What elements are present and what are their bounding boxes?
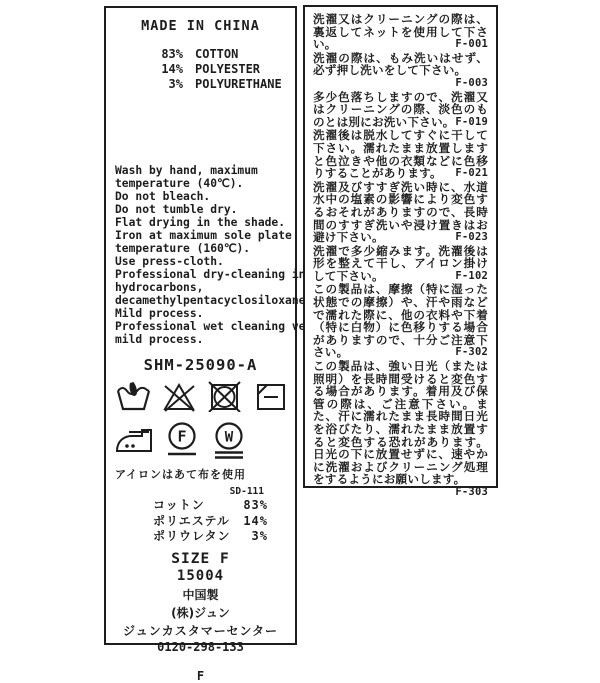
flat-dry-in-shade-icon (253, 381, 290, 412)
care-line: Professional dry-cleaning in: (115, 268, 286, 281)
composition-english: 83% COTTON 14% POLYESTER 3% POLYURETHANE (115, 47, 286, 92)
care-line: Professional wet cleaning very (115, 320, 286, 333)
iron-two-dots-icon (115, 423, 157, 461)
do-not-tumble-dry-icon (207, 381, 244, 412)
composition-percent-jp: 83% (243, 498, 268, 514)
do-not-bleach-icon (161, 381, 198, 412)
hand-wash-icon (115, 381, 152, 412)
notice-text: この製品は、強い日光（または照明）を長時間受けると変色する場合があります。着用及… (313, 360, 488, 486)
product-number: 15004 (115, 568, 286, 584)
sd-code: SD-111 (115, 486, 264, 497)
notice-code: F-019 (455, 116, 488, 129)
size-letter: F (115, 669, 286, 683)
composition-percent: 14% (115, 62, 183, 77)
iron-note-jp: アイロンはあて布を使用 (115, 466, 286, 482)
care-line: Mild process. (115, 307, 286, 320)
notice-code: F-302 (455, 346, 488, 359)
notice-code: F-003 (455, 77, 488, 90)
notice-f001: 洗濯又はクリーニングの際は、裏返してネットを使用して下さい。 F-001 (313, 13, 488, 51)
size-label: SIZE F (115, 551, 286, 567)
notice-f019: 多少色落ちしますので、洗濯又はクリーニングの際、淡色のものとは別にお洗い下さい。… (313, 91, 488, 129)
care-line: temperature (160℃). (115, 242, 286, 255)
composition-percent: 83% (115, 47, 183, 62)
composition-percent: 3% (115, 77, 183, 92)
composition-row: ポリエステル 14% (153, 514, 268, 530)
professional-dry-clean-F-mild-icon: F (163, 421, 201, 461)
composition-row: 3% POLYURETHANE (115, 77, 286, 92)
country-of-origin: 中国製 (115, 586, 286, 603)
composition-percent-jp: 14% (243, 514, 268, 530)
notice-f303: この製品は、強い日光（または照明）を長時間受けると変色する場合があります。着用及… (313, 360, 488, 499)
customer-phone: 0120-298-133 (115, 640, 286, 654)
care-line: temperature (40℃). (115, 177, 286, 190)
professional-wet-clean-very-mild-icon: W (210, 421, 248, 461)
composition-material-jp: ポリウレタン (153, 529, 231, 545)
notice-code: F-303 (455, 486, 488, 499)
notice-code: F-102 (455, 270, 488, 283)
care-line: Use press-cloth. (115, 255, 286, 268)
care-instructions-english: Wash by hand, maximum temperature (40℃).… (115, 164, 286, 346)
composition-material: POLYURETHANE (195, 77, 282, 92)
care-line: decamethylpentacyclosiloxane. (115, 294, 286, 307)
care-label-left-panel: MADE IN CHINA 83% COTTON 14% POLYESTER 3… (104, 6, 297, 645)
composition-material-jp: コットン (153, 498, 205, 514)
composition-row: ポリウレタン 3% (153, 529, 268, 545)
care-line: Do not tumble dry. (115, 203, 286, 216)
composition-row: コットン 83% (153, 498, 268, 514)
care-line: Wash by hand, maximum (115, 164, 286, 177)
notice-f003: 洗濯の際は、もみ洗いはせず、必ず押し洗いをして下さい。 F-003 (313, 52, 488, 90)
composition-material: COTTON (195, 47, 238, 62)
notice-code: F-023 (455, 231, 488, 244)
origin-title: MADE IN CHINA (115, 18, 286, 34)
care-label-scan: { "colors": {"ink": "#1d1d1d", "backgrou… (0, 0, 600, 650)
customer-center: ジュンカスタマーセンター (115, 622, 286, 639)
notice-f302: この製品は、摩擦（特に湿った状態での摩擦）や、汗や雨などで濡れた際に、他の衣料や… (313, 283, 488, 359)
care-line: Flat drying in the shade. (115, 216, 286, 229)
care-line: Do not bleach. (115, 190, 286, 203)
care-line: hydrocarbons, (115, 281, 286, 294)
care-symbols-row-2: F W (115, 421, 286, 461)
composition-japanese: コットン 83% ポリエステル 14% ポリウレタン 3% (153, 498, 268, 545)
composition-material-jp: ポリエステル (153, 514, 230, 530)
notice-f021: 洗濯後は脱水してすぐに干して下さい。濡れたまま放置しますと色泣きや他の衣類などに… (313, 129, 488, 179)
care-line: mild process. (115, 333, 286, 346)
notice-f102: 洗濯で多少縮みます。洗濯後は形を整えて干し、アイロン掛けして下さい。 F-102 (313, 245, 488, 283)
notice-f023: 洗濯及びすすぎ洗い時に、水道水中の塩素の影響により変色するおそれがありますので、… (313, 181, 488, 244)
composition-row: 83% COTTON (115, 47, 286, 62)
care-line: Iron at maximum sole plate (115, 229, 286, 242)
wet-clean-letter: W (225, 430, 234, 446)
notice-code: F-001 (455, 38, 488, 51)
composition-row: 14% POLYESTER (115, 62, 286, 77)
notice-code: F-021 (455, 167, 488, 180)
company-name: (株)ジュン (115, 604, 286, 621)
composition-material: POLYESTER (195, 62, 260, 77)
care-symbols-row-1 (115, 381, 286, 412)
item-code: SHM-25090-A (115, 356, 286, 374)
notice-text: 洗濯の際は、もみ洗いはせず、必ず押し洗いをして下さい。 (313, 52, 488, 78)
care-notices-right-panel: 洗濯又はクリーニングの際は、裏返してネットを使用して下さい。 F-001 洗濯の… (303, 5, 498, 488)
dry-clean-letter: F (177, 428, 186, 446)
composition-percent-jp: 3% (252, 529, 268, 545)
